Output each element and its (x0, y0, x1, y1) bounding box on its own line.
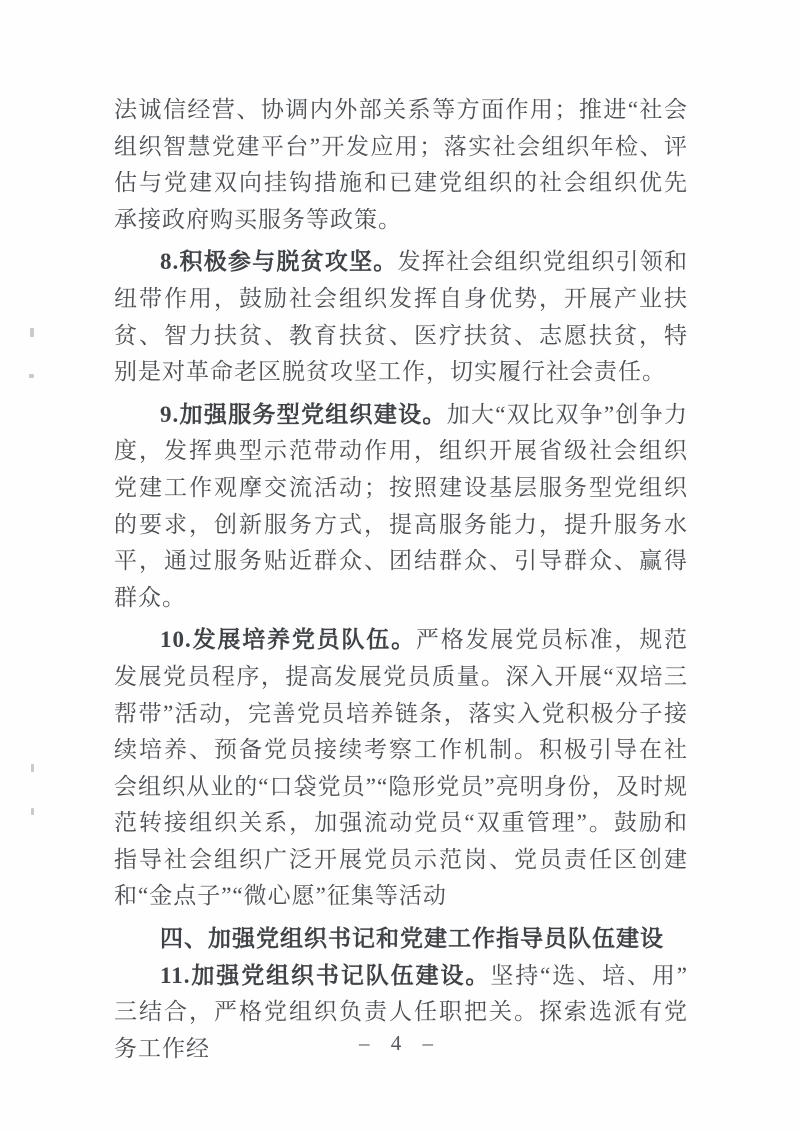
document-page: 法诚信经营、协调内外部关系等方面作用；推进“社会组织智慧党建平台”开发应用；落实… (0, 0, 800, 1131)
page-number: – 4 – (0, 1031, 800, 1056)
paragraph-lead: 8.积极参与脱贫攻坚。 (160, 249, 398, 274)
paragraph-item-9: 9.加强服务型党组织建设。加大“双比双争”创争力度，发挥典型示范带动作用，组织开… (114, 397, 688, 617)
paragraph-item-8: 8.积极参与脱贫攻坚。发挥社会组织党组织引领和纽带作用，鼓励社会组织发挥自身优势… (114, 244, 688, 390)
paragraph-lead: 9.加强服务型党组织建设。 (160, 402, 447, 427)
paragraph-lead: 11.加强党组织书记队伍建设。 (160, 963, 490, 988)
scan-artifact (30, 328, 34, 337)
scan-artifact (31, 764, 34, 772)
section-heading-4: 四、加强党组织书记和党建工作指导员队伍建设 (114, 921, 688, 958)
document-body: 法诚信经营、协调内外部关系等方面作用；推进“社会组织智慧党建平台”开发应用；落实… (114, 92, 688, 1073)
paragraph-continued: 法诚信经营、协调内外部关系等方面作用；推进“社会组织智慧党建平台”开发应用；落实… (114, 92, 688, 238)
scan-artifact (31, 808, 34, 815)
paragraph-text: 加大“双比双争”创争力度，发挥典型示范带动作用，组织开展省级社会组织党建工作观摩… (114, 402, 688, 610)
paragraph-text: 严格发展党员标准，规范发展党员程序，提高发展党员质量。深入开展“双培三帮带”活动… (114, 627, 688, 908)
paragraph-text: 法诚信经营、协调内外部关系等方面作用；推进“社会组织智慧党建平台”开发应用；落实… (114, 97, 688, 232)
scan-artifact (29, 374, 34, 378)
paragraph-lead: 10.发展培养党员队伍。 (160, 627, 416, 652)
paragraph-item-10: 10.发展培养党员队伍。严格发展党员标准，规范发展党员程序，提高发展党员质量。深… (114, 622, 688, 915)
